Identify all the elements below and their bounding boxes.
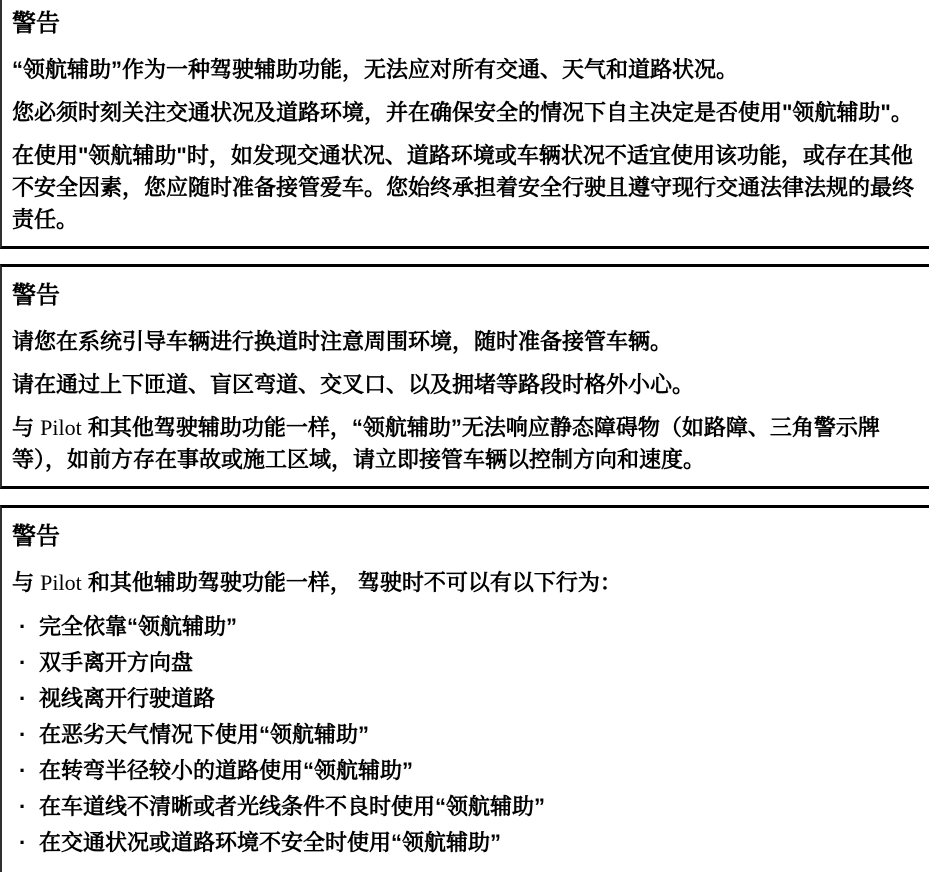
warning-paragraph: 您必须时刻关注交通状况及道路环境，并在确保安全的情况下自主决定是否使用"领航辅助…	[12, 97, 915, 129]
warning-box-2: 警告 请您在系统引导车辆进行换道时注意周围环境，随时准备接管车辆。 请在通过上下…	[0, 264, 929, 489]
bullet-marker: ·	[12, 754, 39, 787]
warning-paragraph: “领航辅助”作为一种驾驶辅助功能，无法应对所有交通、天气和道路状况。	[12, 54, 915, 86]
section-gap	[0, 249, 929, 264]
warning-title: 警告	[12, 280, 915, 312]
warning-paragraph: 在使用"领航辅助"时，如发现交通状况、道路环境或车辆状况不适宜使用该功能，或存在…	[12, 140, 915, 236]
warning-box-3: 警告 与 Pilot 和其他辅助驾驶功能一样， 驾驶时不可以有以下行为： · 完…	[0, 505, 929, 872]
document-page: 警告 “领航辅助”作为一种驾驶辅助功能，无法应对所有交通、天气和道路状况。 您必…	[0, 0, 929, 893]
bullet-text: 在恶劣天气情况下使用“领航辅助”	[39, 718, 915, 751]
warning-list-item: · 完全依靠“领航辅助”	[12, 610, 915, 643]
section-gap	[0, 489, 929, 505]
warning-list-item: · 在转弯半径较小的道路使用“领航辅助”	[12, 754, 915, 787]
warning-intro: 与 Pilot 和其他辅助驾驶功能一样， 驾驶时不可以有以下行为：	[12, 567, 915, 599]
warning-list-item: · 视线离开行驶道路	[12, 682, 915, 715]
warning-list: · 完全依靠“领航辅助” · 双手离开方向盘 · 视线离开行驶道路 · 在恶劣天…	[12, 610, 915, 859]
bullet-marker: ·	[12, 790, 39, 823]
bullet-text: 在转弯半径较小的道路使用“领航辅助”	[39, 754, 915, 787]
warning-paragraph: 请在通过上下匝道、盲区弯道、交叉口、以及拥堵等路段时格外小心。	[12, 369, 915, 401]
warning-paragraph: 请您在系统引导车辆进行换道时注意周围环境，随时准备接管车辆。	[12, 326, 915, 358]
warning-list-item: · 在车道线不清晰或者光线条件不良时使用“领航辅助”	[12, 790, 915, 823]
bullet-marker: ·	[12, 610, 39, 643]
warning-box-1: 警告 “领航辅助”作为一种驾驶辅助功能，无法应对所有交通、天气和道路状况。 您必…	[0, 0, 929, 249]
bullet-text: 在车道线不清晰或者光线条件不良时使用“领航辅助”	[39, 790, 915, 823]
warning-title: 警告	[12, 521, 915, 553]
bullet-marker: ·	[12, 826, 39, 859]
warning-paragraph: 与 Pilot 和其他驾驶辅助功能一样，“领航辅助”无法响应静态障碍物（如路障、…	[12, 412, 915, 476]
bullet-marker: ·	[12, 682, 39, 715]
bullet-text: 双手离开方向盘	[39, 646, 915, 679]
bullet-text: 在交通状况或道路环境不安全时使用“领航辅助”	[39, 826, 915, 859]
warning-list-item: · 在交通状况或道路环境不安全时使用“领航辅助”	[12, 826, 915, 859]
warning-list-item: · 在恶劣天气情况下使用“领航辅助”	[12, 718, 915, 751]
bullet-text: 完全依靠“领航辅助”	[39, 610, 915, 643]
bullet-marker: ·	[12, 646, 39, 679]
bullet-marker: ·	[12, 718, 39, 751]
bullet-text: 视线离开行驶道路	[39, 682, 915, 715]
warning-list-item: · 双手离开方向盘	[12, 646, 915, 679]
warning-title: 警告	[12, 8, 915, 40]
